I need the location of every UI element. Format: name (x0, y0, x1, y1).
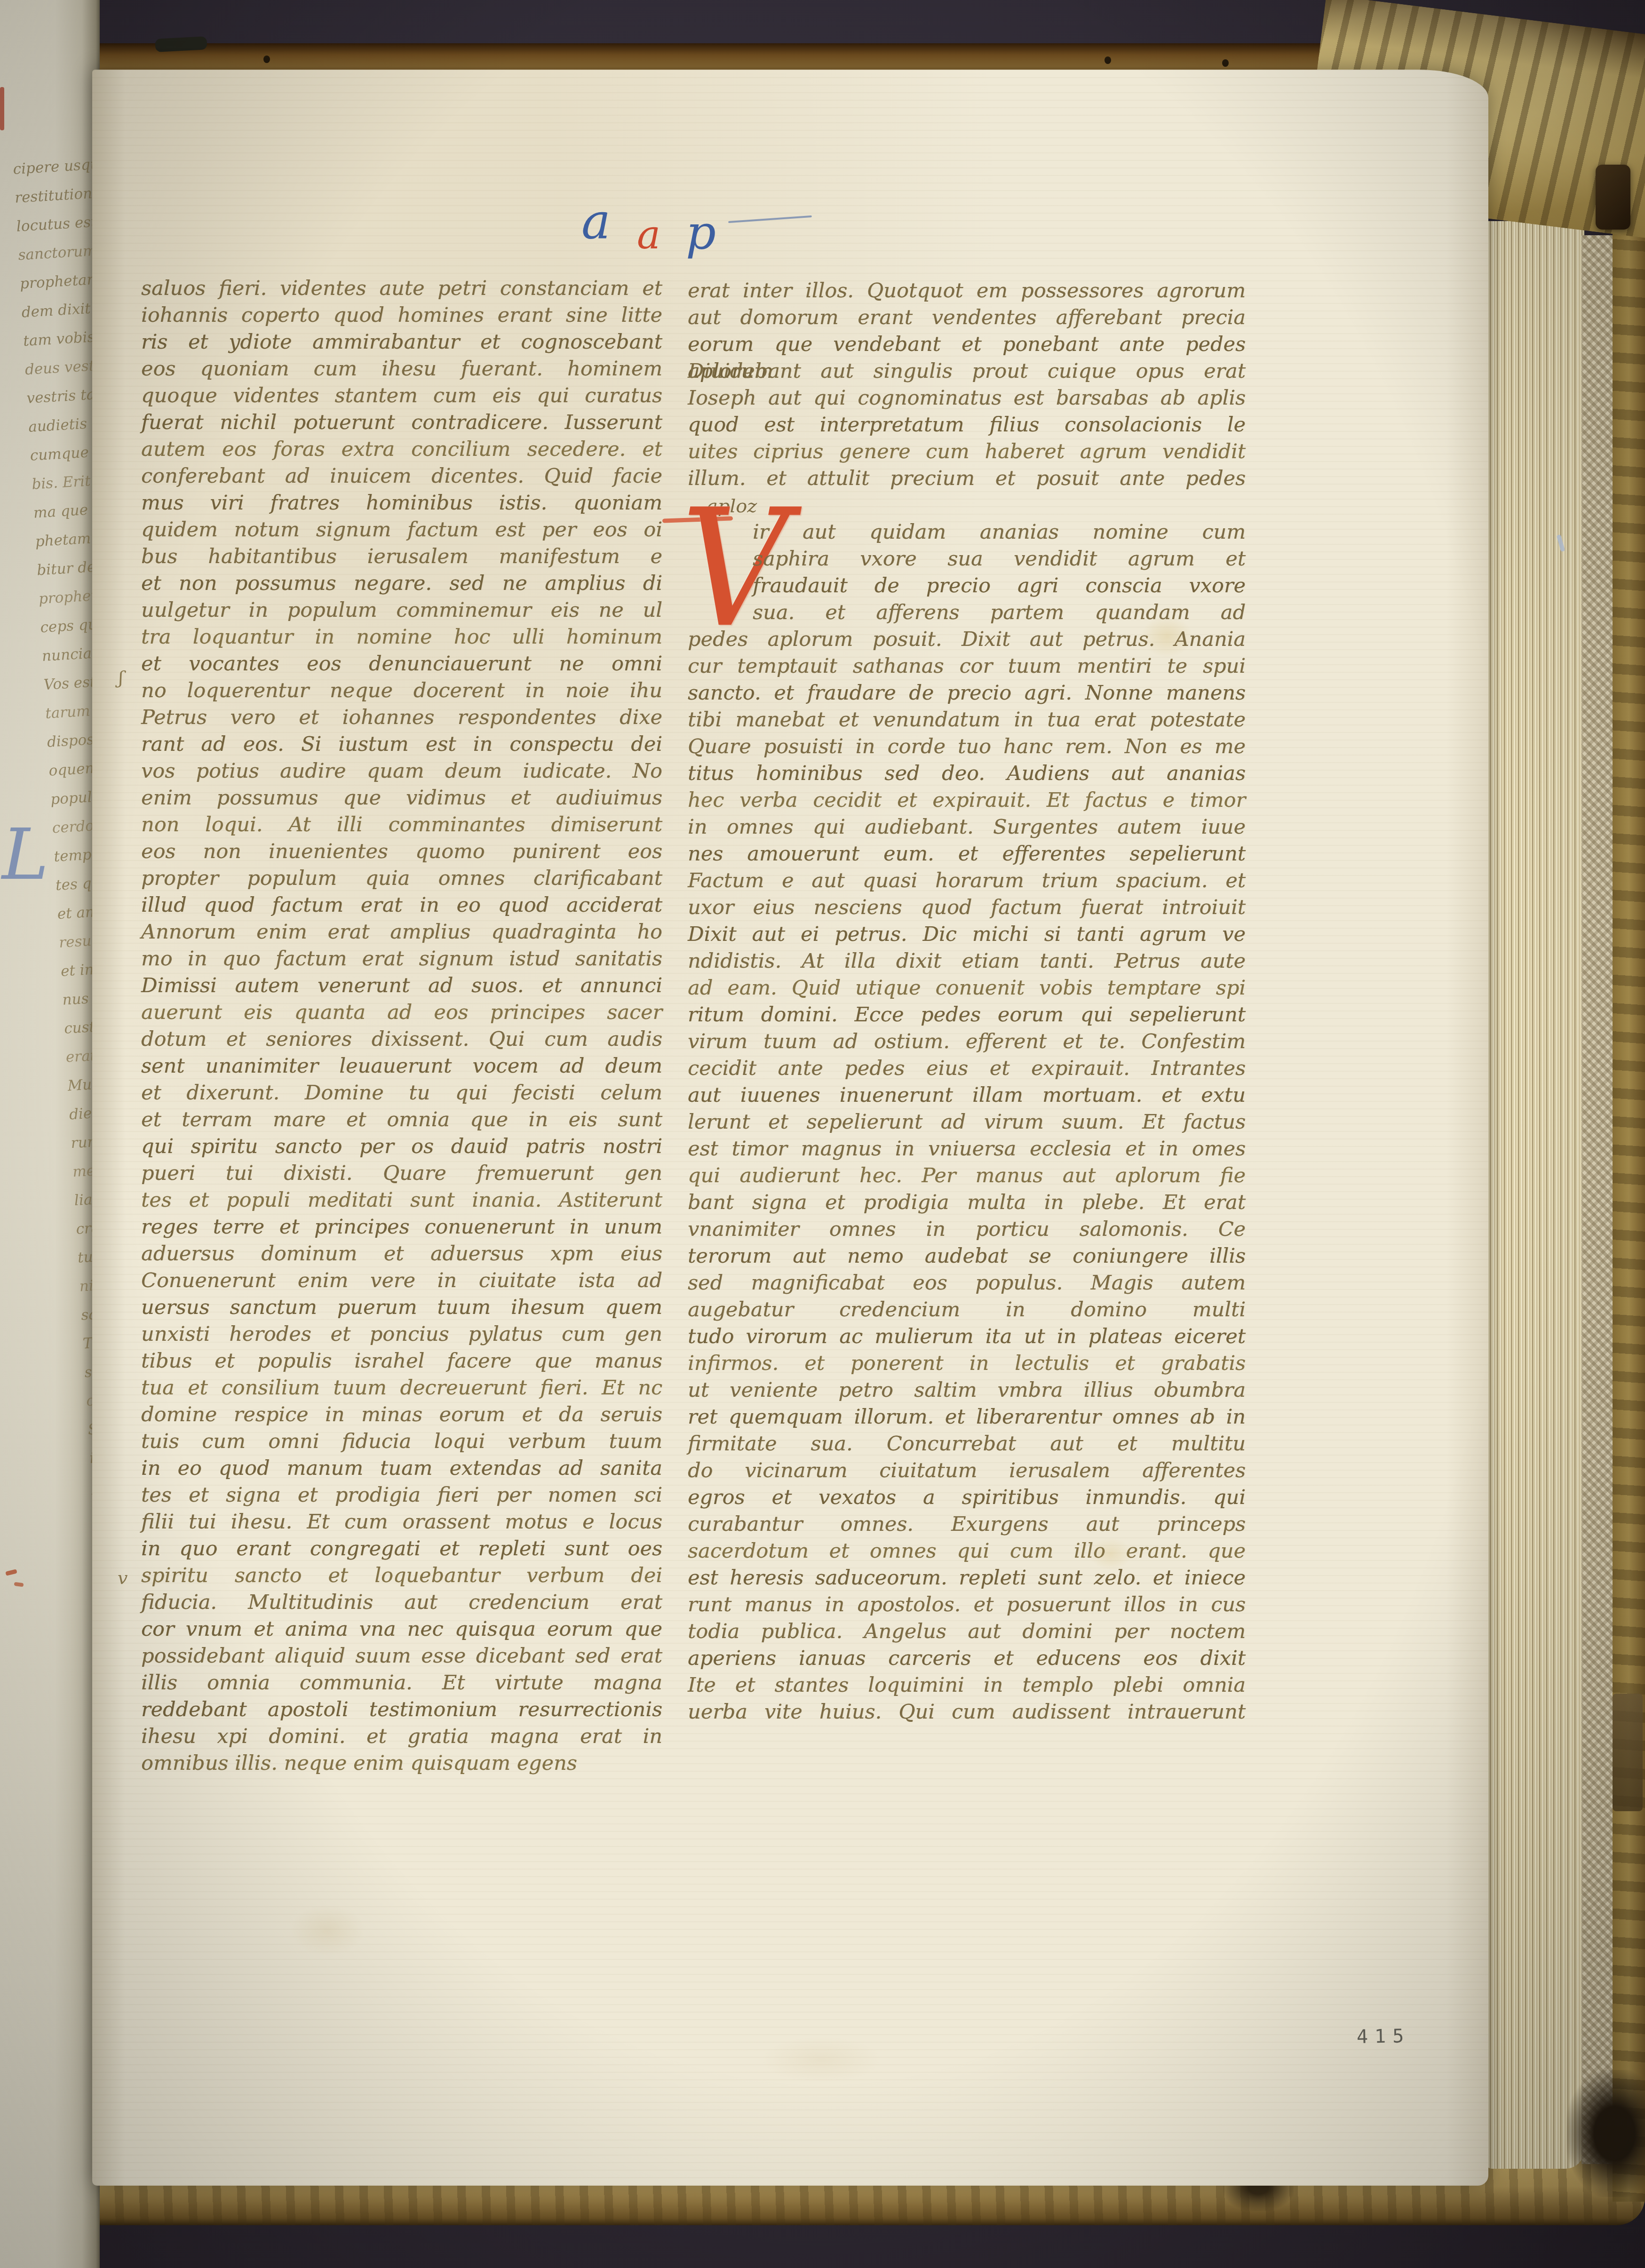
previous-page-red-speck (5, 1569, 17, 1576)
manuscript-text-line: tibus et populis israhel facere que manu… (141, 1348, 662, 1375)
manuscript-text-line: sua. et afferens partem quandam ad (753, 599, 1246, 626)
left-text-column: saluos fieri. videntes aute petri consta… (141, 275, 662, 1777)
manuscript-text-line: Quare posuisti in corde tuo hanc rem. No… (688, 733, 1246, 760)
fragment-line: deus vester de fratribus (24, 351, 100, 384)
manuscript-text-line: todia publica. Angelus aut domini per no… (688, 1618, 1246, 1645)
cover-wear-patch (1613, 1694, 1643, 1811)
manuscript-text-line: tes et signa et prodigia fieri per nomen… (141, 1482, 662, 1509)
manuscript-text-line: conferebant ad inuicem dicentes. Quid fa… (141, 463, 662, 490)
manuscript-text-line: illud quod factum erat in eo quod accide… (141, 892, 662, 919)
manuscript-text-line: ret quemquam illorum. et liberarentur om… (688, 1404, 1246, 1431)
fragment-line: sanctorum suorum a seculo (17, 236, 100, 270)
manuscript-text-line: erat inter illos. Quotquot em possessore… (688, 278, 1246, 304)
manuscript-text-line: cecidit ante pedes eius et expirauit. In… (688, 1055, 1246, 1082)
manuscript-text-line: aut iuuenes inuenerunt illam mortuam. et… (688, 1082, 1246, 1109)
manuscript-text-line: sent unanimiter leuauerunt vocem ad deum (141, 1053, 662, 1080)
manuscript-text-line: ir aut quidam ananias nomine cum (753, 519, 1246, 546)
manuscript-text-line: curabantur omnes. Exurgens aut princeps (688, 1511, 1246, 1538)
manuscript-text-line: uulgetur in populum comminemur eis ne ul (141, 597, 662, 624)
manuscript-text-line: bus habitantibus ierusalem manifestum e (141, 543, 662, 570)
fragment-line: tarum et testamenti quod (45, 694, 100, 728)
page-stain (290, 1904, 365, 1956)
manuscript-text-line: eos non inuenientes quomo punirent eos (141, 838, 662, 865)
manuscript-text-line: egros et vexatos a spiritibus inmundis. … (688, 1484, 1246, 1511)
manuscript-text-line: et terram mare et omnia que in eis sunt (141, 1106, 662, 1133)
manuscript-text-line: cor vnum et anima vna nec quisqua eorum … (141, 1616, 662, 1643)
fragment-line: nunciauerunt dies istos (41, 637, 100, 671)
running-header-letter-red-a: a (637, 212, 660, 258)
manuscript-text-line: Annorum enim erat amplius quadraginta ho (141, 919, 662, 946)
manuscript-text-line: uites ciprius genere cum haberet agrum v… (688, 438, 1246, 465)
fragment-line: audietis iuxta omnia que (28, 408, 100, 441)
manuscript-text-line: possidebant aliquid suum esse dicebant s… (141, 1643, 662, 1670)
manuscript-text-line: tibi manebat et venundatum in tua erat p… (688, 707, 1246, 733)
clasp-remnant-right (1596, 165, 1630, 230)
manuscript-text-line: aperiens ianuas carceris et educens eos … (688, 1645, 1246, 1672)
manuscript-text-line: aut domorum erant vendentes afferebant p… (688, 304, 1246, 331)
manuscript-text-line: reges terre et principes conuenerunt in … (141, 1214, 662, 1241)
manuscript-text-line: tes et populi meditati sunt inania. Asti… (141, 1187, 662, 1214)
manuscript-text-line: firmitate sua. Concurrebat aut et multit… (688, 1431, 1246, 1457)
manuscript-text-line: dotum et seniores dixissent. Qui cum aud… (141, 1026, 662, 1053)
manuscript-text-line: illis omnia communia. Et virtute magna (141, 1670, 662, 1696)
manuscript-text-line: iohannis coperto quod homines erant sine… (141, 302, 662, 329)
manuscript-text-line: omnibus illis. neque enim quisquam egens (141, 1750, 662, 1777)
manuscript-text-line: non loqui. At illi comminantes dimiserun… (141, 812, 662, 838)
manuscript-text-line: vos potius audire quam deum iudicate. No (141, 758, 662, 785)
manuscript-text-line: Dixit aut ei petrus. Dic michi si tanti … (688, 921, 1246, 948)
manuscript-text-line: vnanimiter omnes in porticu salomonis. C… (688, 1216, 1246, 1243)
manuscript-text-line: saluos fieri. videntes aute petri consta… (141, 275, 662, 302)
manuscript-text-line: terorum aut nemo audebat se coniungere i… (688, 1243, 1246, 1270)
manuscript-text-line: cur temptauit sathanas cor tuum mentiri … (688, 653, 1246, 680)
fragment-line: bis. Erit autem omnis ani (31, 465, 100, 499)
wormhole-dot (263, 56, 270, 63)
manuscript-text-line: et vocantes eos denunciauerunt ne omni (141, 651, 662, 677)
manuscript-text-line: lerunt et sepelierunt ad virum suum. Et … (688, 1109, 1246, 1136)
running-header-letter-blue-a: a (581, 193, 611, 250)
manuscript-text-line: qui audierunt hec. Per manus aut aplorum… (688, 1162, 1246, 1189)
manuscript-text-line: quod est interpretatum filius consolacio… (688, 412, 1246, 438)
manuscript-text-line: et non possumus negare. sed ne amplius d… (141, 570, 662, 597)
manuscript-page: a a p saluos fieri. videntes aute petri … (92, 70, 1488, 2186)
page-stack-fore-edge (1486, 221, 1584, 2169)
manuscript-text-line: uerba vite huius. Qui cum audissent intr… (688, 1699, 1246, 1726)
manuscript-text-line: Factum e aut quasi horarum trium spacium… (688, 867, 1246, 894)
manuscript-text-line: filii tui ihesu. Et cum orassent motus e… (141, 1509, 662, 1536)
manuscript-text-line: titus hominibus sed deo. Audiens aut ana… (688, 760, 1246, 787)
manuscript-text-line: est timor magnus in vniuersa ecclesia et… (688, 1136, 1246, 1162)
manuscript-text-line: auerunt eis quanta ad eos principes sace… (141, 999, 662, 1026)
fragment-line: ceps qui locuti sunt an (40, 609, 100, 642)
book-cover-right-edge (1613, 141, 1645, 2202)
previous-page-red-speck (14, 1582, 24, 1587)
manuscript-text-line: mo in quo factum erat signum istud sanit… (141, 946, 662, 972)
fragment-line: disposuit deus ad patres (46, 723, 100, 756)
margin-mark: v (118, 1568, 127, 1587)
fragment-line: restitutionis omnium que (14, 179, 99, 212)
manuscript-text-line: unxisti herodes et poncius pylatus cum g… (141, 1321, 662, 1348)
previous-page-blue-initial: L (2, 820, 49, 890)
manuscript-text-line: Diuidebant aut singulis prout cuique opu… (688, 358, 1246, 385)
fragment-line: cipere usque in tempora (12, 150, 97, 183)
fragment-line: phetam illum extermina (34, 523, 100, 556)
manuscript-text-line: fraudauit de precio agri conscia vxore (753, 573, 1246, 599)
manuscript-text-line: runt manus in apostolos. et posuerunt il… (688, 1592, 1246, 1618)
manuscript-text-line: autem eos foras extra concilium secedere… (141, 436, 662, 463)
manuscript-text-line: saphira vxore sua vendidit agrum et (753, 546, 1246, 573)
fragment-line: prophetarum. Moyses qui (19, 265, 100, 298)
corner-dark-stain (1566, 2070, 1645, 2197)
manuscript-text-line: infirmos. et ponerent in lectulis et gra… (688, 1350, 1246, 1377)
manuscript-text-line: pueri tui dixisti. Quare fremuerunt gen (141, 1160, 662, 1187)
fragment-line: vestris tamquam me ipsum (26, 380, 100, 413)
manuscript-text-line: in quo erant congregati et repleti sunt … (141, 1536, 662, 1562)
manuscript-text-line: est heresis saduceorum. repleti sunt zel… (688, 1565, 1246, 1592)
manuscript-text-line: Petrus vero et iohannes respondentes dix… (141, 704, 662, 731)
manuscript-text-line: pedes aplorum posuit. Dixit aut petrus. … (688, 626, 1246, 653)
manuscript-text-line: ndidistis. At illa dixit etiam tanti. Pe… (688, 948, 1246, 975)
manuscript-text-line: Ioseph aut qui cognominatus est barsabas… (688, 385, 1246, 412)
manuscript-text-line: tra loquantur in nomine hoc ulli hominum (141, 624, 662, 651)
manuscript-text-line: fiducia. Multitudinis aut credencium era… (141, 1589, 662, 1616)
previous-page-red-mark (0, 87, 4, 130)
manuscript-text-line: Conuenerunt enim vere in ciuitate ista a… (141, 1267, 662, 1294)
previous-page-text-fragments: cipere usque in temporarestitutionis omn… (12, 150, 100, 1759)
folio-number-stamp: 415 (1357, 2025, 1411, 2048)
manuscript-text-line: aduersus dominum et aduersus xpm eius (141, 1241, 662, 1267)
fragment-line: Vos estis filii prophe (43, 666, 100, 700)
right-text-column-paragraph1: erat inter illos. Quotquot em possessore… (688, 278, 1246, 492)
manuscript-text-line: virum tuum ad ostium. efferent et te. Co… (688, 1028, 1246, 1055)
manuscript-text-line: rant ad eos. Si iustum est in conspectu … (141, 731, 662, 758)
manuscript-text-line: tuis cum omni fiducia loqui verbum tuum (141, 1428, 662, 1455)
manuscript-text-line: uxor eius nesciens quod factum fuerat in… (688, 894, 1246, 921)
fragment-line: bitur de plebe. Et omnes (36, 551, 100, 585)
manuscript-text-line: enim possumus que vidimus et audiuimus (141, 785, 662, 812)
clasp-remnant-top (155, 36, 207, 52)
fragment-line: tam vobis suscitabit dns (23, 322, 100, 356)
manuscript-text-line: qui spiritu sancto per os dauid patris n… (141, 1133, 662, 1160)
manuscript-text-line: Ite et stantes loquimini in templo plebi… (688, 1672, 1246, 1699)
manuscript-text-line: quidem notum signum factum est per eos o… (141, 517, 662, 543)
manuscript-text-line: sacerdotum et omnes qui cum illo erant. … (688, 1538, 1246, 1565)
manuscript-text-line: bant signa et prodigia multa in plebe. E… (688, 1189, 1246, 1216)
manuscript-text-line: domine respice in minas eorum et da seru… (141, 1401, 662, 1428)
manuscript-text-line: no loquerentur neque docerent in noie ih… (141, 677, 662, 704)
manuscript-text-line: tua et consilium tuum decreuerunt fieri.… (141, 1375, 662, 1401)
manuscript-text-line: quoque videntes stantem cum eis qui cura… (141, 382, 662, 409)
manuscript-text-line: do vicinarum ciuitatum ierusalem afferen… (688, 1457, 1246, 1484)
manuscript-text-line: ritum domini. Ecce pedes eorum qui sepel… (688, 1002, 1246, 1028)
manuscript-text-line: in eo quod manum tuam extendas ad sanita (141, 1455, 662, 1482)
manuscript-text-line: spiritu sancto et loquebantur verbum dei (141, 1562, 662, 1589)
wormhole-dot (1222, 59, 1229, 67)
right-text-column-indented-lines: ir aut quidam ananias nomine cumsaphira … (753, 519, 1246, 626)
manuscript-text-line: uersus sanctum puerum tuum ihesum quem (141, 1294, 662, 1321)
manuscript-text-line: sed magnificabat eos populus. Magis aute… (688, 1270, 1246, 1297)
manuscript-text-line: nes amouerunt eum. et efferentes sepelie… (688, 841, 1246, 867)
fragment-line: ma que non audierit pro (32, 494, 100, 527)
manuscript-text-line: in omnes qui audiebant. Surgentes autem … (688, 814, 1246, 841)
fragment-line: cumque locutus fuerit vo (29, 437, 100, 470)
wormhole-dot (1105, 56, 1111, 64)
margin-mark: ʃ (119, 668, 123, 687)
manuscript-text-line: augebatur credencium in domino multi (688, 1297, 1246, 1323)
running-header-flourish (728, 215, 812, 223)
manuscript-text-line: ris et ydiote ammirabantur et cognosceba… (141, 329, 662, 356)
manuscript-text-line: propter populum quia omnes clarificabant (141, 865, 662, 892)
manuscript-text-line: sancto. et fraudare de precio agri. Nonn… (688, 680, 1246, 707)
manuscript-text-line: hec verba cecidit et expirauit. Et factu… (688, 787, 1246, 814)
manuscript-text-line: reddebant apostoli testimonium resurrect… (141, 1696, 662, 1723)
manuscript-text-line: et dixerunt. Domine tu qui fecisti celum (141, 1080, 662, 1106)
manuscript-text-line: ad eam. Quid utique conuenit vobis tempt… (688, 975, 1246, 1002)
fragment-line: locutus est deus per os (16, 207, 100, 241)
manuscript-text-line: tudo virorum ac mulierum ita ut in plate… (688, 1323, 1246, 1350)
binding-woven-band (1581, 235, 1615, 2164)
manuscript-photo: cipere usque in temporarestitutionis omn… (0, 0, 1645, 2268)
page-stain (760, 2036, 882, 2083)
manuscript-text-line: eorum que vendebant et ponebant ante ped… (688, 331, 1246, 358)
fragment-line: prophete a samuel et dein (38, 580, 100, 613)
manuscript-text-line: mus viri fratres hominibus istis. quonia… (141, 490, 662, 517)
previous-page-edge: cipere usque in temporarestitutionis omn… (0, 0, 100, 2268)
manuscript-text-line: ut veniente petro saltim vmbra illius ob… (688, 1377, 1246, 1404)
manuscript-text-line: eos quoniam cum ihesu fuerant. hominem (141, 356, 662, 382)
fragment-line: dem dixit quoniam prophe (21, 294, 100, 327)
manuscript-text-line: ihesu xpi domini. et gratia magna erat i… (141, 1723, 662, 1750)
manuscript-text-line: fuerat nichil potuerunt contradicere. Iu… (141, 409, 662, 436)
manuscript-text-line: Dimissi autem venerunt ad suos. et annun… (141, 972, 662, 999)
running-header-letter-blue-p: p (686, 205, 716, 260)
right-text-column-paragraph2: pedes aplorum posuit. Dixit aut petrus. … (688, 626, 1246, 1726)
